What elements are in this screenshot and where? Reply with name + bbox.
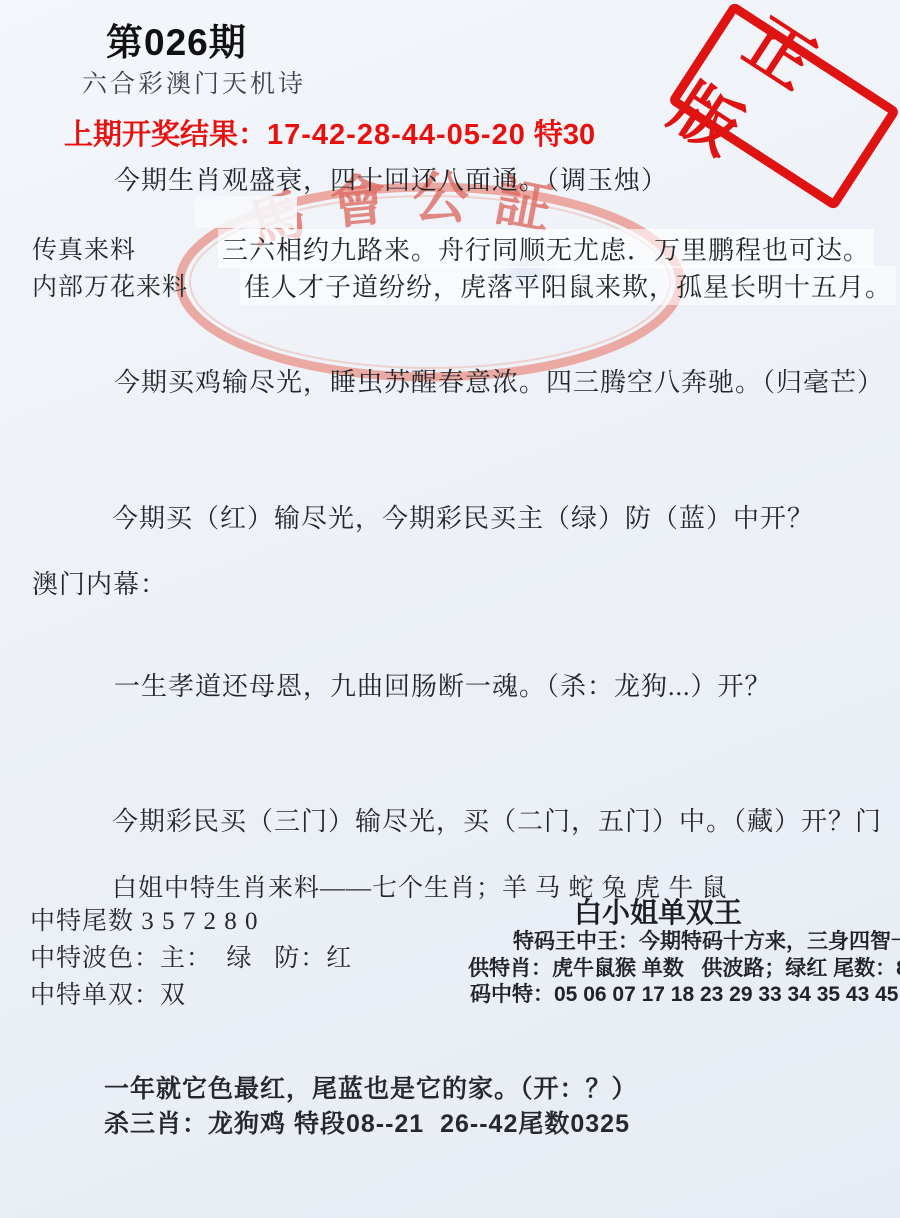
poem-color: 今期买（红）输尽光，今期彩民买主（绿）防（蓝）中开？ [112, 498, 814, 535]
last-draw-label: 上期开奖结果： [64, 119, 267, 151]
internal-poem: 佳人才子道纷纷，虎落平阳鼠来欺，孤星长明十五月。 [240, 266, 896, 305]
poem-buy-chicken: 今期买鸡输尽光，睡虫苏醒春意浓。四三腾空八奔驰。（归毫芒） [114, 362, 884, 399]
fax-source-label: 传真来料 [32, 230, 136, 266]
poem-gates: 今期彩民买（三门）输尽光，买（二门，五门）中。（藏）开？门 [112, 801, 882, 838]
last-draw-special: 特30 [534, 119, 595, 151]
footer-color-poem: 一年就它色最红，尾蓝也是它的家。（开：？） [104, 1069, 638, 1105]
authentic-stamp-label: 正版 [656, 0, 900, 235]
authentic-stamp: 正版 [667, 1, 900, 211]
poem-zodiac: 今期生肖观盛衰，四十回还八面通。（调玉烛） [114, 160, 668, 197]
macau-insider-label: 澳门内幕： [32, 564, 167, 601]
issue-number: 第026期 [106, 12, 247, 66]
panel-king-line: 特码王中王：今期特码十方来，三身四智一土悟 [513, 925, 900, 955]
last-draw-numbers: 17-42-28-44-05-20 [267, 119, 526, 151]
edition-title: 六合彩澳门天机诗 [82, 64, 306, 100]
footer-kill-line: 杀三肖：龙狗鸡 特段08--21 26--42尾数0325 [104, 1104, 630, 1140]
poem-filial: 一生孝道还母恩，九曲回肠断一魂。（杀：龙狗...）开？ [114, 666, 772, 703]
fax-poem: 三六相约九路来。舟行同顺无尤虑．万里鹏程也可达。 [218, 229, 874, 268]
tail-numbers-line: 中特尾数 3 5 7 2 8 0 [30, 901, 259, 937]
wave-color-line: 中特波色：主： 绿 防：红 [30, 938, 352, 974]
lottery-tip-sheet: 馬會公証 正版 第026期 六合彩澳门天机诗 上期开奖结果：17-42-28-4… [0, 0, 900, 1218]
odd-even-line: 中特单双：双 [30, 975, 186, 1011]
last-draw-result: 上期开奖结果：17-42-28-44-05-20 特30 [64, 112, 595, 153]
internal-source-label: 内部万花来料 [32, 267, 188, 303]
panel-codes-line: 码中特：05 06 07 17 18 23 29 33 34 35 43 45 … [470, 978, 900, 1008]
white-patch [195, 196, 297, 228]
